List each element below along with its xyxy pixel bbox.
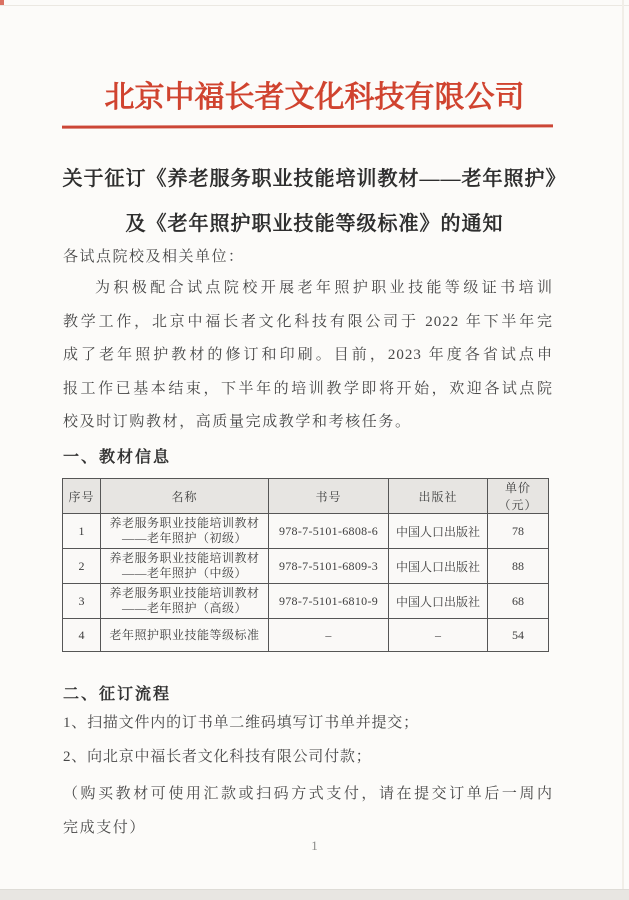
- header-price: 单价（元）: [488, 479, 549, 514]
- table-row: 2 养老服务职业技能培训教材 ——老年照护（中级） 978-7-5101-680…: [63, 549, 549, 584]
- cell-no: 4: [63, 619, 101, 652]
- scan-corner-mark: [0, 0, 4, 5]
- cell-price: 54: [488, 619, 549, 652]
- scan-bottom-shadow: [0, 889, 629, 900]
- cell-no: 2: [63, 549, 101, 584]
- notice-title-line-2: 及《老年照护职业技能等级标准》的通知: [0, 207, 629, 236]
- header-publisher: 出版社: [389, 479, 488, 514]
- cell-publisher: 中国人口出版社: [389, 514, 488, 549]
- letterhead-rule: [62, 124, 553, 128]
- name-line: 养老服务职业技能培训教材: [102, 551, 267, 566]
- cell-publisher: 中国人口出版社: [389, 584, 488, 619]
- cell-name: 养老服务职业技能培训教材 ——老年照护（初级）: [101, 514, 269, 549]
- cell-isbn: 978-7-5101-6808-6: [269, 514, 389, 549]
- name-line: ——老年照护（中级）: [102, 566, 267, 581]
- cell-isbn: –: [269, 619, 389, 652]
- section-heading-materials: 一、教材信息: [63, 444, 171, 467]
- scanned-document-page: 北京中福长者文化科技有限公司 关于征订《养老服务职业技能培训教材——老年照护》 …: [0, 0, 629, 900]
- header-no: 序号: [63, 479, 101, 514]
- notice-title-line-1: 关于征订《养老服务职业技能培训教材——老年照护》: [0, 162, 629, 191]
- table-header-row: 序号 名称 书号 出版社 单价（元）: [63, 479, 549, 514]
- name-line: 养老服务职业技能培训教材: [102, 516, 267, 531]
- body-line: 成了老年照护教材的修订和印刷。目前，2023 年度各省试点申: [63, 339, 553, 373]
- note-line: （购买教材可使用汇款或扫码方式支付，请在提交订单后一周内: [63, 778, 553, 812]
- scan-edge-line: [0, 5, 629, 6]
- cell-isbn: 978-7-5101-6810-9: [269, 584, 389, 619]
- cell-price: 88: [488, 549, 549, 584]
- header-name: 名称: [101, 479, 269, 514]
- body-line: 校及时订购教材，高质量完成教学和考核任务。: [63, 406, 553, 440]
- cell-name: 养老服务职业技能培训教材 ——老年照护（高级）: [101, 584, 269, 619]
- order-step-2: 2、向北京中福长者文化科技有限公司付款；: [63, 745, 372, 766]
- name-line: 老年照护职业技能等级标准: [102, 628, 267, 643]
- cell-isbn: 978-7-5101-6809-3: [269, 549, 389, 584]
- cell-publisher: 中国人口出版社: [389, 549, 488, 584]
- cell-name: 老年照护职业技能等级标准: [101, 619, 269, 652]
- header-isbn: 书号: [269, 479, 389, 514]
- table-row: 1 养老服务职业技能培训教材 ——老年照护（初级） 978-7-5101-680…: [63, 514, 549, 549]
- cell-no: 3: [63, 584, 101, 619]
- table-row: 3 养老服务职业技能培训教材 ——老年照护（高级） 978-7-5101-681…: [63, 584, 549, 619]
- salutation: 各试点院校及相关单位：: [63, 245, 245, 266]
- order-step-1: 1、扫描文件内的订书单二维码填写订书单并提交；: [63, 711, 419, 732]
- name-line: ——老年照护（初级）: [102, 531, 267, 546]
- body-line: 为积极配合试点院校开展老年照护职业技能等级证书培训: [63, 272, 553, 306]
- body-line: 教学工作，北京中福长者文化科技有限公司于 2022 年下半年完: [63, 306, 553, 340]
- cell-price: 68: [488, 584, 549, 619]
- name-line: 养老服务职业技能培训教材: [102, 586, 267, 601]
- cell-publisher: –: [389, 619, 488, 652]
- name-line: ——老年照护（高级）: [102, 601, 267, 616]
- materials-table: 序号 名称 书号 出版社 单价（元） 1 养老服务职业技能培训教材 ——老年照护…: [62, 478, 549, 652]
- scan-edge-line: [622, 0, 624, 900]
- section-heading-order-process: 二、征订流程: [63, 681, 171, 704]
- cell-name: 养老服务职业技能培训教材 ——老年照护（中级）: [101, 549, 269, 584]
- cell-no: 1: [63, 514, 101, 549]
- notice-body-paragraph: 为积极配合试点院校开展老年照护职业技能等级证书培训 教学工作，北京中福长者文化科…: [63, 272, 553, 440]
- letterhead-company-name: 北京中福长者文化科技有限公司: [0, 72, 629, 116]
- body-line: 报工作已基本结束，下半年的培训教学即将开始，欢迎各试点院: [63, 373, 553, 407]
- page-number: 1: [0, 838, 629, 854]
- table-row: 4 老年照护职业技能等级标准 – – 54: [63, 619, 549, 652]
- cell-price: 78: [488, 514, 549, 549]
- payment-note: （购买教材可使用汇款或扫码方式支付，请在提交订单后一周内 完成支付）: [63, 778, 553, 845]
